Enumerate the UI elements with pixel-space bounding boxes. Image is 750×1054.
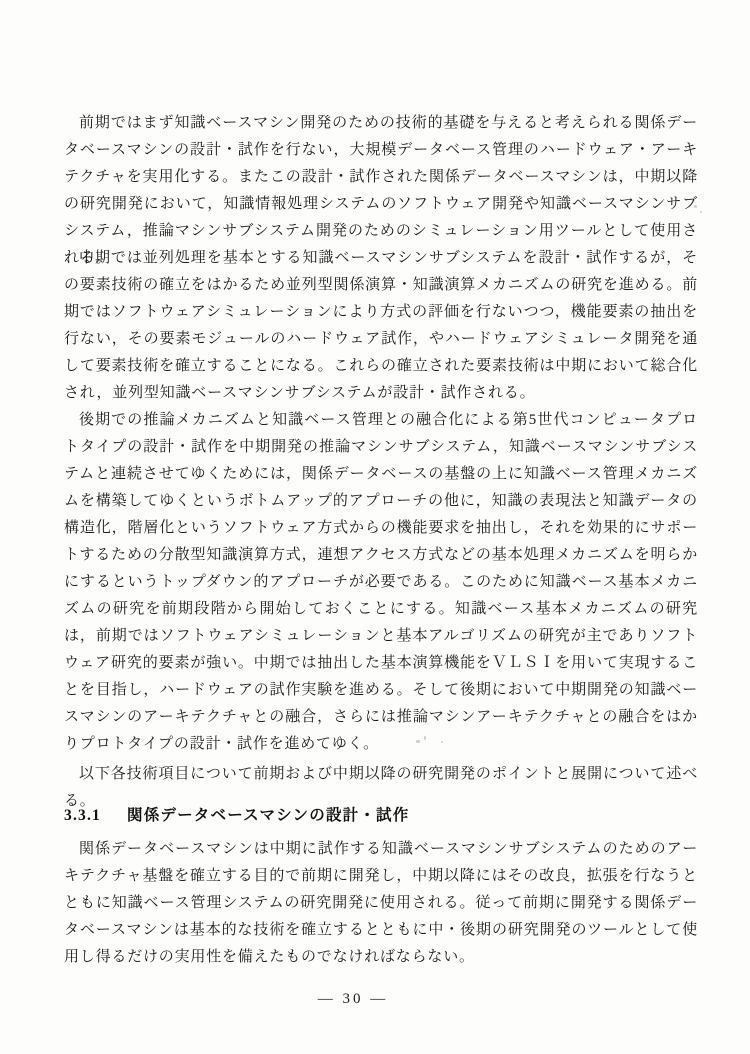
- body-paragraph-mid-phase: 中期では並列処理を基本とする知識ベースマシンサブシステムを設計・試作するが，その…: [64, 245, 698, 407]
- page-number: — 30 —: [0, 991, 706, 1008]
- section-heading: 3.3.1 関係データベースマシンの設計・試作: [64, 802, 698, 829]
- scanned-document-page: 前期ではまず知識ベースマシン開発のための技術的基礎を与えると考えられる関係データ…: [0, 0, 750, 1054]
- scan-speck: [424, 736, 426, 740]
- section-body-paragraph: 関係データベースマシンは中期に試作する知識ベースマシンサブシステムのためのアーキ…: [64, 836, 698, 971]
- scan-speck: [700, 211, 702, 213]
- scan-speck: [416, 740, 420, 743]
- scan-speck: [694, 205, 697, 208]
- scan-speck: [441, 741, 443, 743]
- body-paragraph-late-phase: 後期での推論メカニズムと知識ベース管理との融合化による第5世代コンピュータプロト…: [64, 407, 698, 758]
- section-title: 関係データベースマシンの設計・試作: [127, 802, 409, 829]
- section-number: 3.3.1: [64, 802, 101, 829]
